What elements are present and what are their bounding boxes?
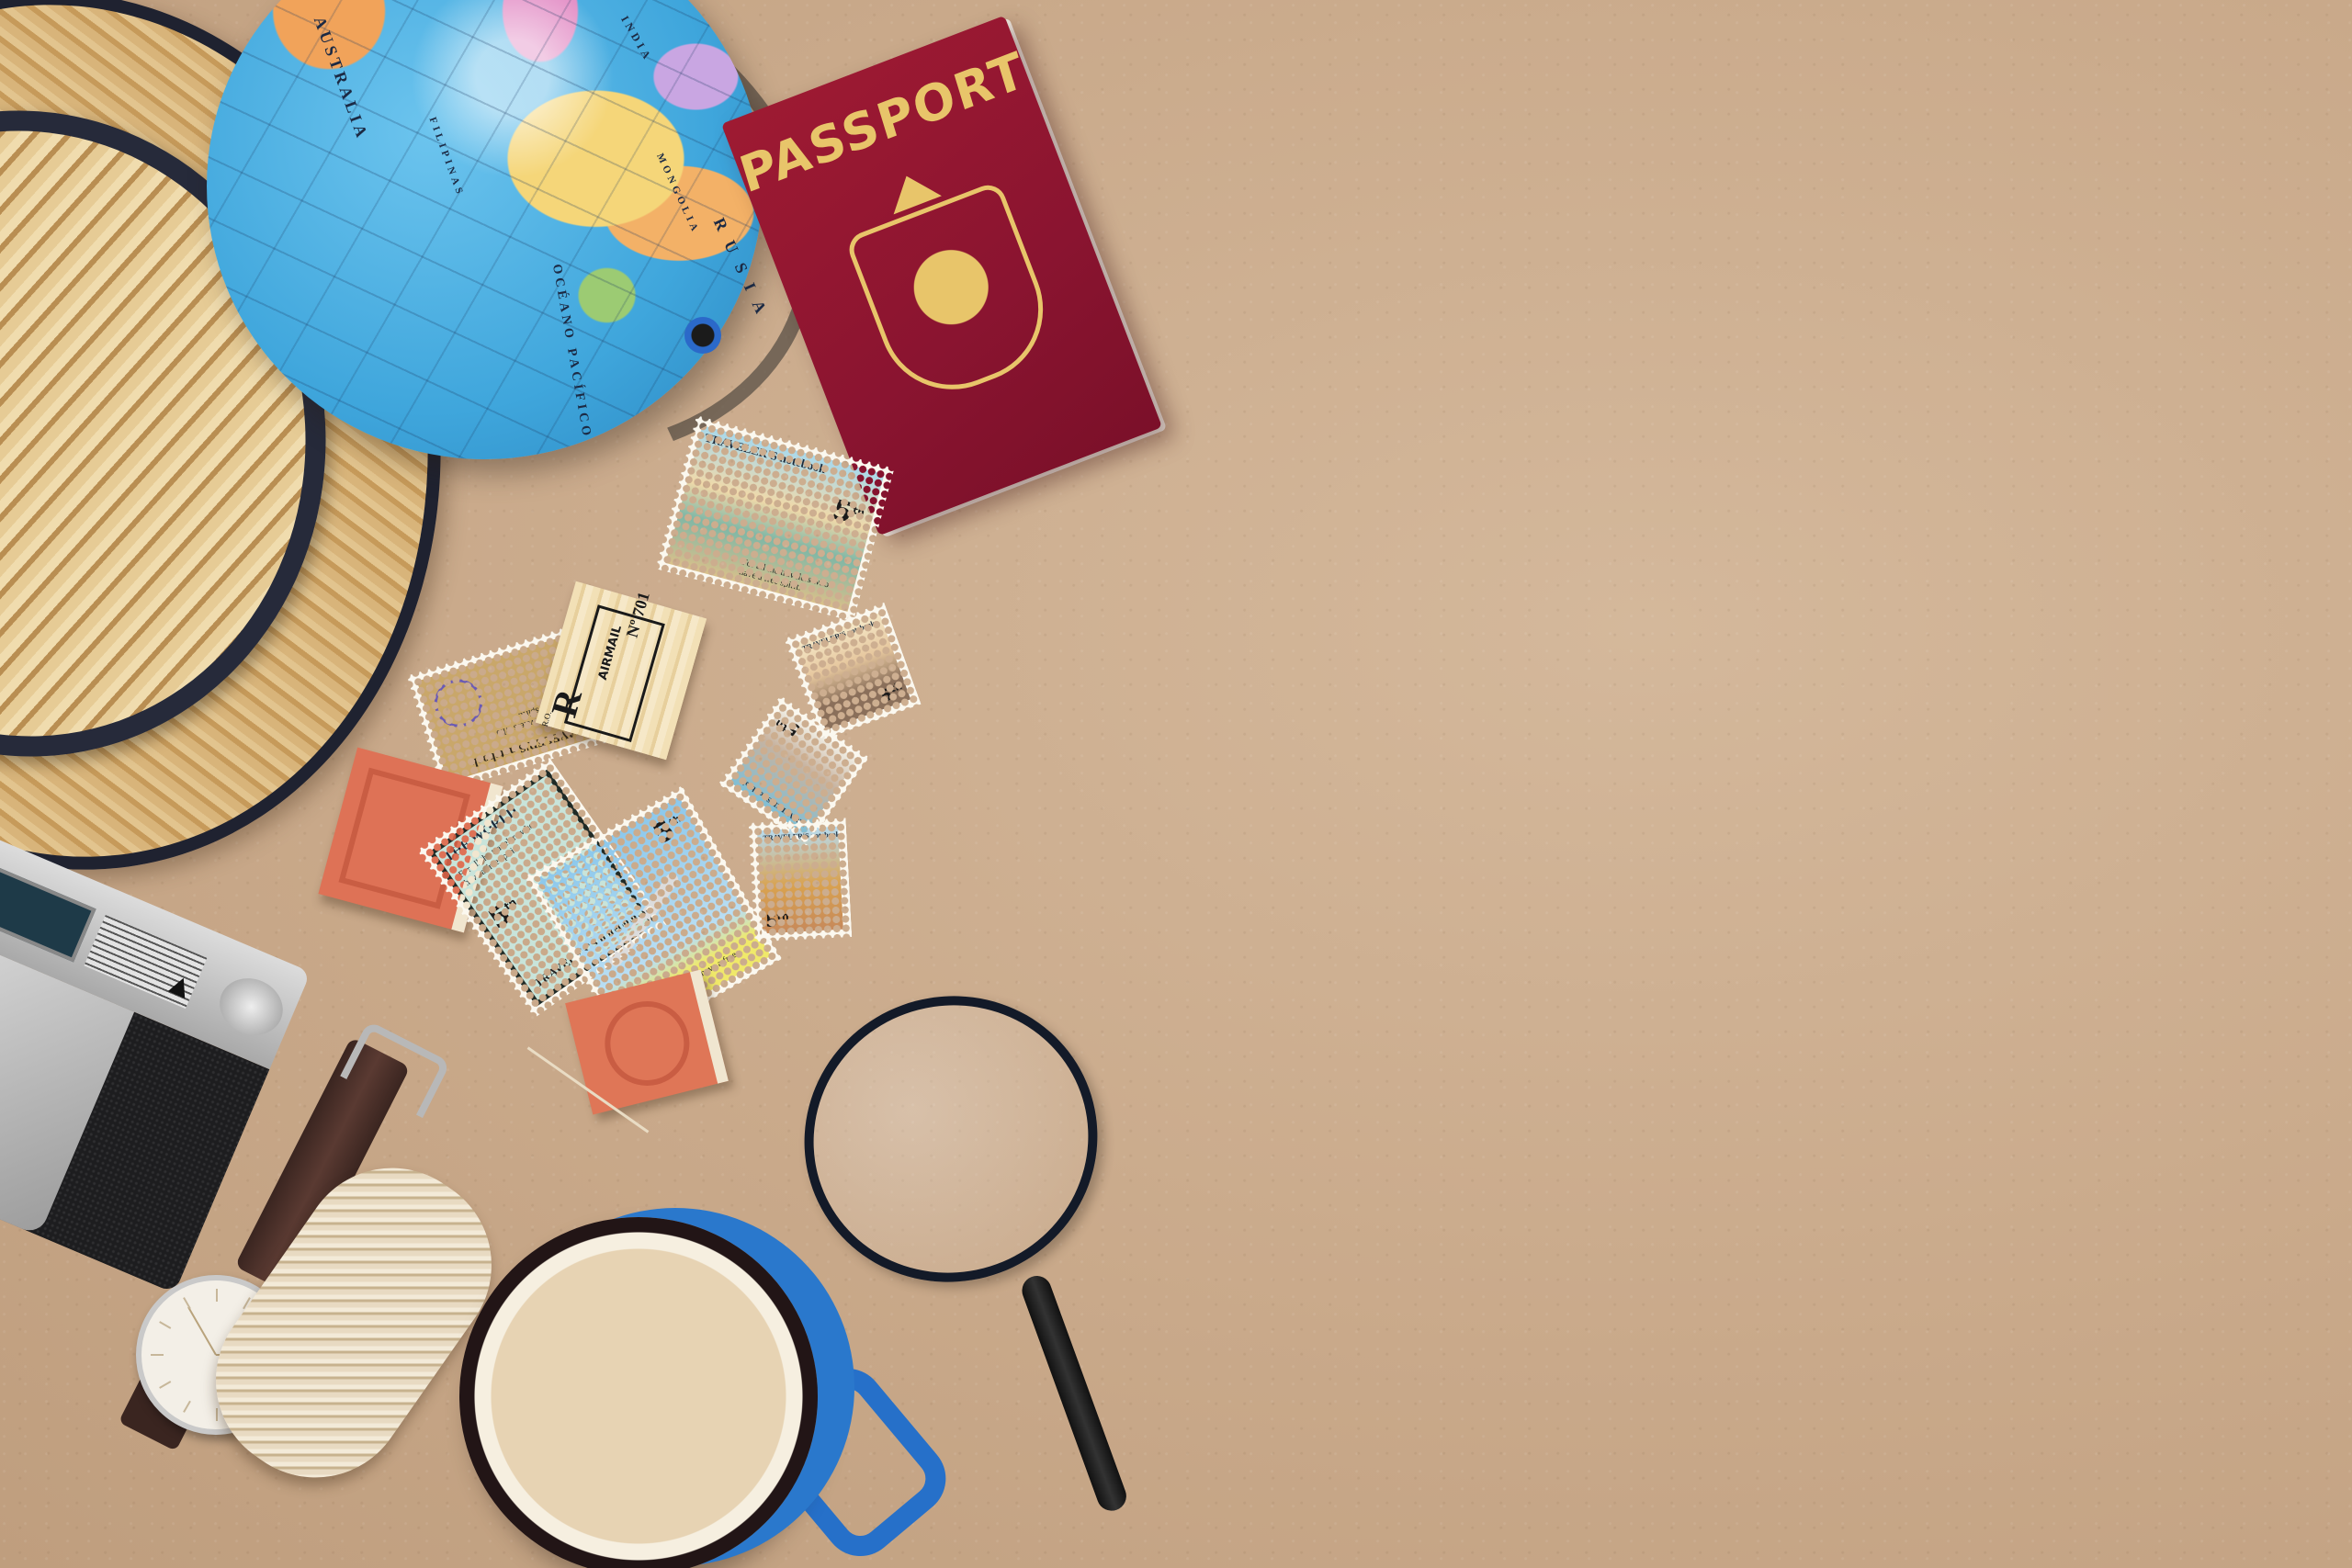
watch-tick bbox=[216, 1289, 218, 1302]
globe-label: MONGOLIA bbox=[654, 152, 701, 236]
stamp-value: 5th bbox=[877, 680, 907, 706]
stamp-value: 5th bbox=[648, 807, 691, 851]
stamp-value: 5th bbox=[483, 892, 527, 936]
airmail-small: R.O. bbox=[540, 710, 553, 728]
postmark-icon bbox=[428, 673, 488, 733]
queen-crest-icon bbox=[844, 180, 1065, 411]
globe-pivot bbox=[684, 317, 721, 354]
stamp-caption: For all the travelers who have a free sp… bbox=[738, 557, 831, 600]
watch-tick bbox=[159, 1381, 171, 1389]
airplane-icon bbox=[607, 871, 681, 968]
globe-label: AUSTRALIA bbox=[310, 14, 372, 143]
viewfinder-window bbox=[0, 866, 96, 962]
stamp-train: TRAVELER'S notebook 5th bbox=[749, 818, 853, 942]
watch-tick bbox=[159, 1321, 171, 1329]
stamp-header: TRAVELER'S notebook bbox=[757, 827, 839, 847]
watch-tick bbox=[151, 1354, 164, 1356]
shutter-dial bbox=[211, 969, 292, 1045]
camera-light-meter bbox=[84, 915, 207, 1009]
watch-tick bbox=[216, 1408, 218, 1421]
stamp-value: 5th bbox=[773, 710, 804, 740]
stamp-value: 5th bbox=[829, 494, 867, 534]
globe-label: INDIA bbox=[617, 14, 655, 64]
enamel-mug bbox=[459, 1217, 818, 1568]
globe-label: OCÉANO PACÍFICO bbox=[548, 264, 594, 441]
watch-minute-hand bbox=[187, 1307, 217, 1356]
globe-label: FILIPINAS bbox=[427, 116, 467, 198]
watch-tick bbox=[183, 1401, 191, 1413]
stamp-value: 5th bbox=[765, 910, 790, 931]
